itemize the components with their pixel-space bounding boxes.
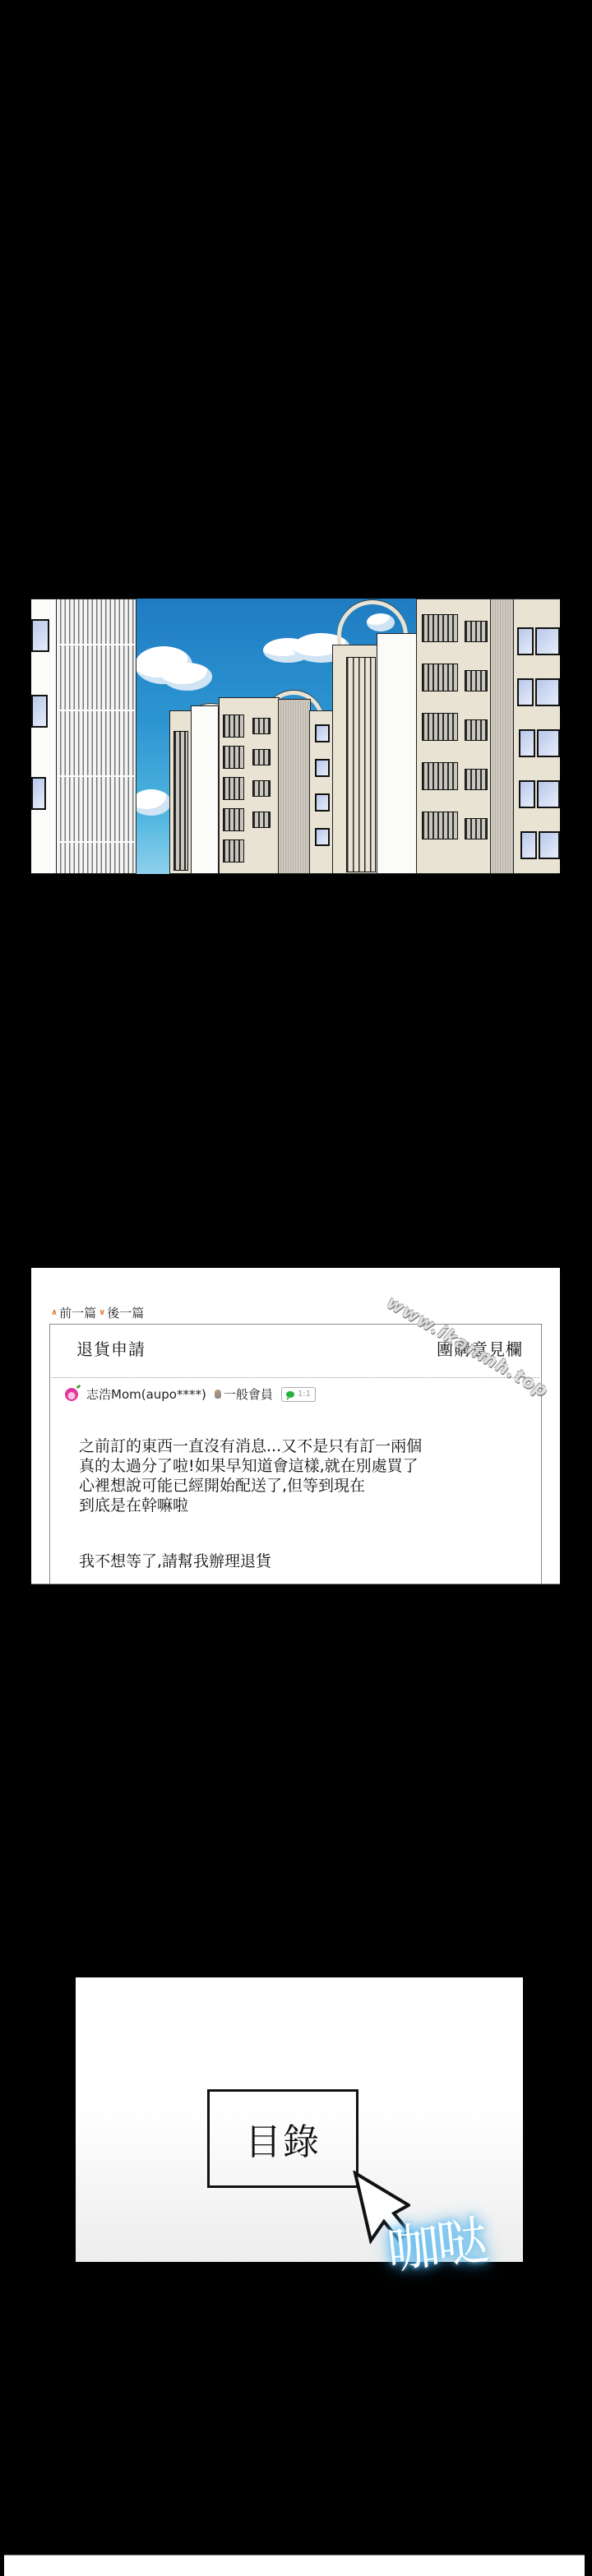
cloud: [163, 663, 212, 691]
chevron-up-icon: ∧: [51, 1308, 58, 1317]
author-name[interactable]: 志浩Mom(aupo****): [86, 1385, 206, 1403]
cloud: [132, 789, 171, 816]
author-row: 志浩Mom(aupo****) 一般會員 1:1: [65, 1385, 316, 1403]
forum-post-panel: ∧ 前一篇 ∨ 後一篇 退貨申請 團購意見欄 志浩Mom(aupo****) 一…: [31, 1268, 560, 1584]
chevron-down-icon: ∨: [99, 1308, 105, 1317]
post-card: 退貨申請 團購意見欄 志浩Mom(aupo****) 一般會員 1:1 之前訂的…: [49, 1324, 542, 1584]
dotted-divider: [52, 1377, 539, 1378]
building-right-tower: [332, 645, 378, 874]
chat-button[interactable]: 1:1: [281, 1387, 316, 1402]
rank-medal-icon: [215, 1390, 221, 1399]
building-mid-left: [169, 710, 192, 874]
toc-button[interactable]: 目錄: [207, 2089, 358, 2188]
chat-label: 1:1: [298, 1390, 311, 1399]
post-body: 之前訂的東西一直沒有消息...又不是只有訂一兩個 真的太過分了啦!如果早知道會這…: [79, 1436, 422, 1571]
author-rank: 一般會員: [224, 1385, 273, 1403]
chat-bubble-icon: [286, 1391, 294, 1398]
building-far-right: [513, 599, 560, 874]
post-line: 之前訂的東西一直沒有消息...又不是只有訂一兩個: [79, 1436, 422, 1456]
post-title: 退貨申請: [76, 1336, 146, 1360]
post-line: 我不想等了,請幫我辦理退貨: [79, 1552, 422, 1571]
post-navigation: ∧ 前一篇 ∨ 後一篇: [51, 1304, 144, 1321]
building-right-face: [377, 633, 418, 874]
next-post-link[interactable]: 後一篇: [107, 1304, 144, 1321]
post-line: 心裡想說可能已經開始配送了,但等到現在: [79, 1476, 422, 1496]
post-line: 真的太過分了啦!如果早知道會這樣,就在別處買了: [79, 1456, 422, 1476]
building-left: [56, 599, 136, 874]
building-illustration: [31, 599, 560, 874]
avatar-icon: [65, 1388, 78, 1401]
building-mid: [219, 697, 280, 874]
building-mid-left-face: [191, 705, 219, 874]
building-right-side: [490, 599, 515, 874]
building-right-balconies: [416, 599, 492, 874]
next-panel-edge: [4, 2555, 585, 2576]
sound-effect-text: 咖哒: [383, 2199, 489, 2284]
building-left-side: [31, 599, 59, 874]
post-line: 到底是在幹嘛啦: [79, 1496, 422, 1515]
prev-post-link[interactable]: 前一篇: [59, 1304, 96, 1321]
building-mid-side: [278, 699, 311, 874]
